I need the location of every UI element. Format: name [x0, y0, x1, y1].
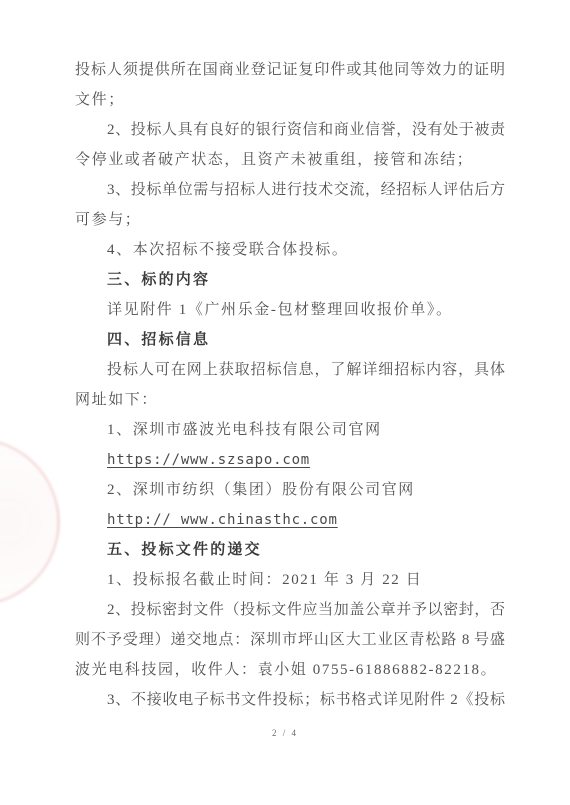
text-line: 文件；	[75, 85, 505, 115]
text-line: 令停业或者破产状态，且资产未被重组，接管和冻结；	[75, 145, 505, 175]
section-heading-tender-info: 四、招标信息	[75, 325, 505, 355]
section-heading-subject: 三、标的内容	[75, 265, 505, 295]
red-seal-stamp	[0, 438, 60, 606]
text-line: 2、深圳市纺织（集团）股份有限公司官网	[75, 475, 505, 505]
text-line: 投标人须提供所在国商业登记证复印件或其他同等效力的证明	[75, 55, 505, 85]
document-page: 投标人须提供所在国商业登记证复印件或其他同等效力的证明 文件； 2、投标人具有良…	[0, 0, 570, 805]
section-heading-submission: 五、投标文件的递交	[75, 535, 505, 565]
page-number: 2 / 4	[0, 728, 570, 738]
text-line: 2、投标人具有良好的银行资信和商业信誉，没有处于被责	[75, 115, 505, 145]
text-line: 可参与；	[75, 205, 505, 235]
document-body: 投标人须提供所在国商业登记证复印件或其他同等效力的证明 文件； 2、投标人具有良…	[75, 55, 505, 715]
text-line: 波光电科技园，收件人：袁小姐 0755-61886882-82218。	[75, 655, 505, 685]
text-line: 1、深圳市盛波光电科技有限公司官网	[75, 415, 505, 445]
text-line: 2、投标密封文件（投标文件应当加盖公章并予以密封，否	[75, 595, 505, 625]
text-line: 则不予受理）递交地点：深圳市坪山区大工业区青松路 8 号盛	[75, 625, 505, 655]
link-chinasthc[interactable]: http:// www.chinasthc.com	[75, 505, 505, 535]
text-line: 4、本次招标不接受联合体投标。	[75, 235, 505, 265]
text-line: 1、投标报名截止时间：2021 年 3 月 22 日	[75, 565, 505, 595]
text-line: 详见附件 1《广州乐金-包材整理回收报价单》。	[75, 295, 505, 325]
link-szsapo[interactable]: https://www.szsapo.com	[75, 445, 505, 475]
text-line: 3、投标单位需与招标人进行技术交流，经招标人评估后方	[75, 175, 505, 205]
text-line: 网址如下：	[75, 385, 505, 415]
text-line: 3、不接收电子标书文件投标；标书格式详见附件 2《投标	[75, 685, 505, 715]
text-line: 投标人可在网上获取招标信息，了解详细招标内容，具体	[75, 355, 505, 385]
